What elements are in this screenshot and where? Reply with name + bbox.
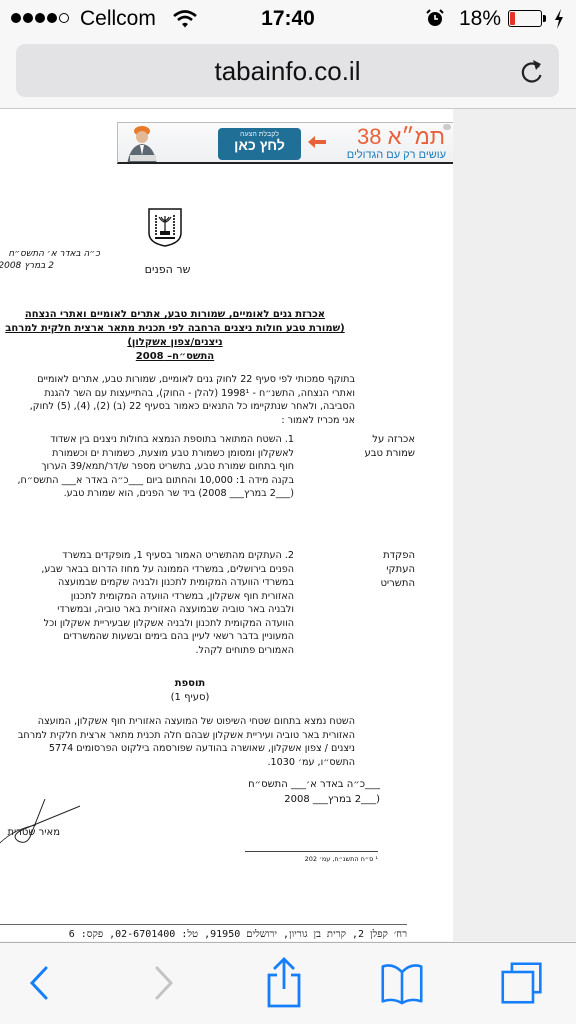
footnote: ¹ ס״ח התשנ״ח, עמ׳ 202 — [240, 855, 378, 863]
forward-icon — [154, 965, 174, 1001]
browser-toolbar — [0, 942, 576, 1024]
section-2-label: הפקדת העתקי התשריט — [330, 549, 415, 591]
gregorian-date: 2 במרץ 2008 — [0, 261, 54, 271]
bookmarks-icon — [380, 959, 424, 1007]
appendix-paragraph: השטח נמצא בתחום שטחי השיפוט של המועצה הא… — [0, 715, 355, 769]
document-title: אכרזת גנים לאומיים, שמורות טבע, אתרים לא… — [0, 308, 350, 364]
battery-percentage: 18% — [459, 7, 501, 31]
ad-title: תמ״א 38 — [357, 124, 445, 150]
tabs-button[interactable] — [500, 961, 544, 1005]
arrow-left-icon — [308, 136, 326, 148]
hebrew-date: כ״ה באדר א׳ התשס״ח — [0, 249, 100, 259]
web-content[interactable]: לקבלת הצעה לחץ כאן תמ״א 38 עושים רק עם ה… — [0, 109, 576, 941]
ad-cta-button[interactable]: לקבלת הצעה לחץ כאן — [218, 128, 301, 160]
businessman-image — [122, 125, 160, 164]
url-text[interactable]: tabainfo.co.il — [16, 56, 559, 87]
ad-info-icon[interactable] — [443, 124, 451, 130]
ad-subtitle: עושים רק עם הגדולים — [347, 149, 446, 161]
ad-banner[interactable]: לקבלת הצעה לחץ כאן תמ״א 38 עושים רק עם ה… — [117, 122, 454, 164]
share-icon — [266, 957, 302, 1009]
charging-icon — [553, 8, 565, 30]
intro-paragraph: בתוקף סמכותי לפי סעיף 22 לחוק גנים לאומי… — [0, 373, 355, 427]
back-icon — [29, 965, 49, 1001]
bookmarks-button[interactable] — [380, 961, 424, 1005]
battery-level — [510, 12, 515, 25]
share-button[interactable] — [262, 961, 306, 1005]
forward-button[interactable] — [142, 961, 186, 1005]
ministry-name: שר הפנים — [120, 263, 215, 276]
signer-name: מאיר שטרית — [0, 827, 60, 838]
status-bar: Cellcom 17:40 18% — [0, 0, 576, 40]
address-bar[interactable]: tabainfo.co.il — [16, 44, 559, 97]
back-button[interactable] — [17, 961, 61, 1005]
state-emblem-icon — [147, 207, 183, 247]
tabs-icon — [500, 959, 544, 1007]
letterhead-footer: רח׳ קפלן 2, קרית בן גוריון, ירושלים 9195… — [0, 929, 407, 940]
section-1-label: אכרזה על שמורת טבע — [330, 433, 415, 461]
battery-icon — [508, 10, 542, 27]
document-page: לקבלת הצעה לחץ כאן תמ״א 38 עושים רק עם ה… — [0, 109, 453, 941]
signing-date: ___כ״ה באדר א׳___ התשס״ח (___2 במרץ___ 2… — [240, 777, 380, 807]
alarm-clock-icon — [426, 9, 444, 27]
section-2-paragraph: 2. העתקים מהתשריט האמור בסעיף 1, מופקדים… — [0, 549, 294, 657]
reload-icon[interactable] — [519, 57, 545, 85]
section-1-paragraph: 1. השטח המתואר בתוספת הנמצא בחולות ניצני… — [0, 433, 294, 501]
appendix-title: תוספת (סעיף 1) — [140, 677, 240, 705]
signature-image — [0, 799, 80, 849]
